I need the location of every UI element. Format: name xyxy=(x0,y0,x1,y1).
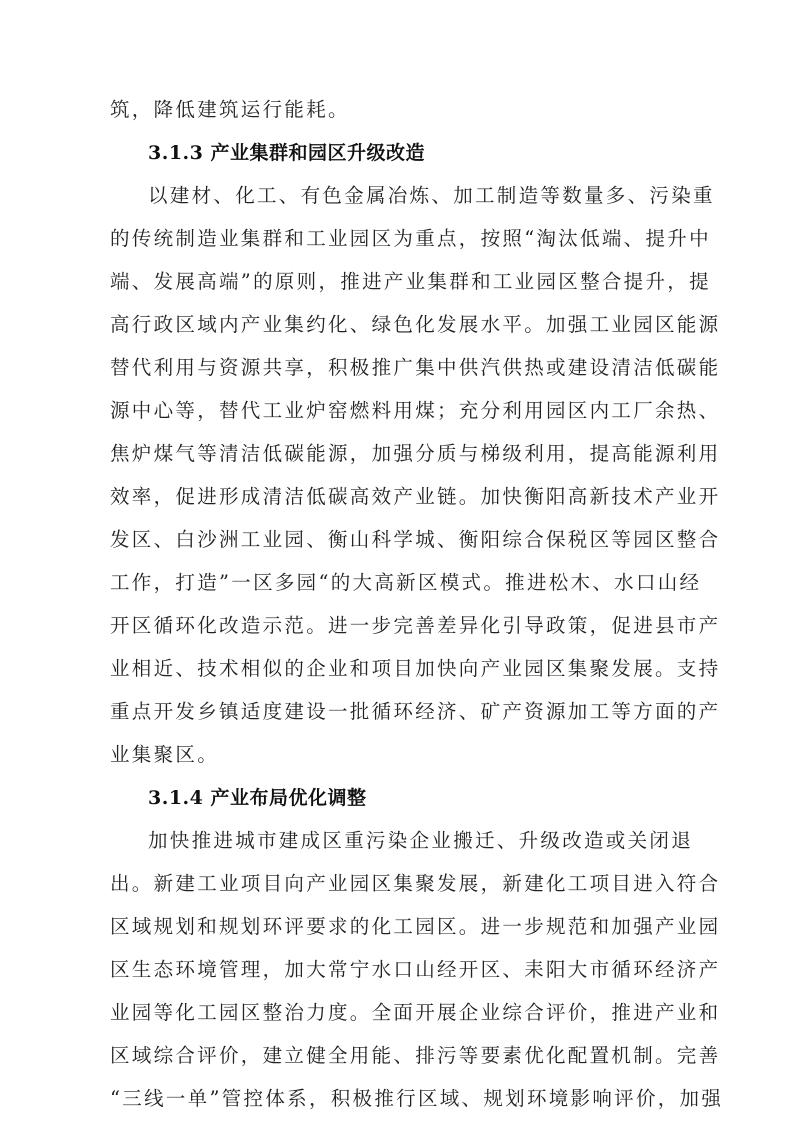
paragraph-line: “三线一单”管控体系，积极推行区域、规划环境影响评价，加强 xyxy=(110,1087,688,1111)
paragraph-line: 的传统制造业集群和工业园区为重点，按照“淘汰低端、提升中 xyxy=(110,227,688,251)
paragraph-line: 开区循环化改造示范。进一步完善差异化引导政策，促进县市产 xyxy=(110,614,688,638)
paragraph-line: 区生态环境管理，加大常宁水口山经开区、耒阳大市循环经济产 xyxy=(110,958,688,982)
paragraph-line: 替代利用与资源共享，积极推广集中供汽供热或建设清洁低碳能 xyxy=(110,356,688,380)
paragraph-line: 加快推进城市建成区重污染企业搬迁、升级改造或关闭退 xyxy=(148,829,688,853)
paragraph-line: 筑，降低建筑运行能耗。 xyxy=(110,98,688,122)
section-heading: 3.1.4 产业布局优化调整 xyxy=(148,786,367,810)
paragraph-line: 发区、白沙洲工业园、衡山科学城、衡阳综合保税区等园区整合 xyxy=(110,528,688,552)
paragraph-line: 源中心等，替代工业炉窑燃料用煤；充分利用园区内工厂余热、 xyxy=(110,399,688,423)
paragraph-line: 区域规划和规划环评要求的化工园区。进一步规范和加强产业园 xyxy=(110,915,688,939)
section-heading: 3.1.3 产业集群和园区升级改造 xyxy=(148,141,425,165)
paragraph-line: 以建材、化工、有色金属冶炼、加工制造等数量多、污染重 xyxy=(148,184,688,208)
paragraph-line: 出。新建工业项目向产业园区集聚发展，新建化工项目进入符合 xyxy=(110,872,688,896)
paragraph-line: 焦炉煤气等清洁低碳能源，加强分质与梯级利用，提高能源利用 xyxy=(110,442,688,466)
paragraph-line: 端、发展高端”的原则，推进产业集群和工业园区整合提升，提 xyxy=(110,270,688,294)
document-page: 筑，降低建筑运行能耗。3.1.3 产业集群和园区升级改造以建材、化工、有色金属冶… xyxy=(0,0,794,1124)
paragraph-line: 高行政区域内产业集约化、绿色化发展水平。加强工业园区能源 xyxy=(110,313,688,337)
paragraph-line: 业相近、技术相似的企业和项目加快向产业园区集聚发展。支持 xyxy=(110,657,688,681)
paragraph-line: 重点开发乡镇适度建设一批循环经济、矿产资源加工等方面的产 xyxy=(110,700,688,724)
paragraph-line: 工作，打造”一区多园“的大高新区模式。推进松木、水口山经 xyxy=(110,571,688,595)
paragraph-line: 业集聚区。 xyxy=(110,743,688,767)
paragraph-line: 效率，促进形成清洁低碳高效产业链。加快衡阳高新技术产业开 xyxy=(110,485,688,509)
paragraph-line: 区域综合评价，建立健全用能、排污等要素优化配置机制。完善 xyxy=(110,1044,688,1068)
paragraph-line: 业园等化工园区整治力度。全面开展企业综合评价，推进产业和 xyxy=(110,1001,688,1025)
